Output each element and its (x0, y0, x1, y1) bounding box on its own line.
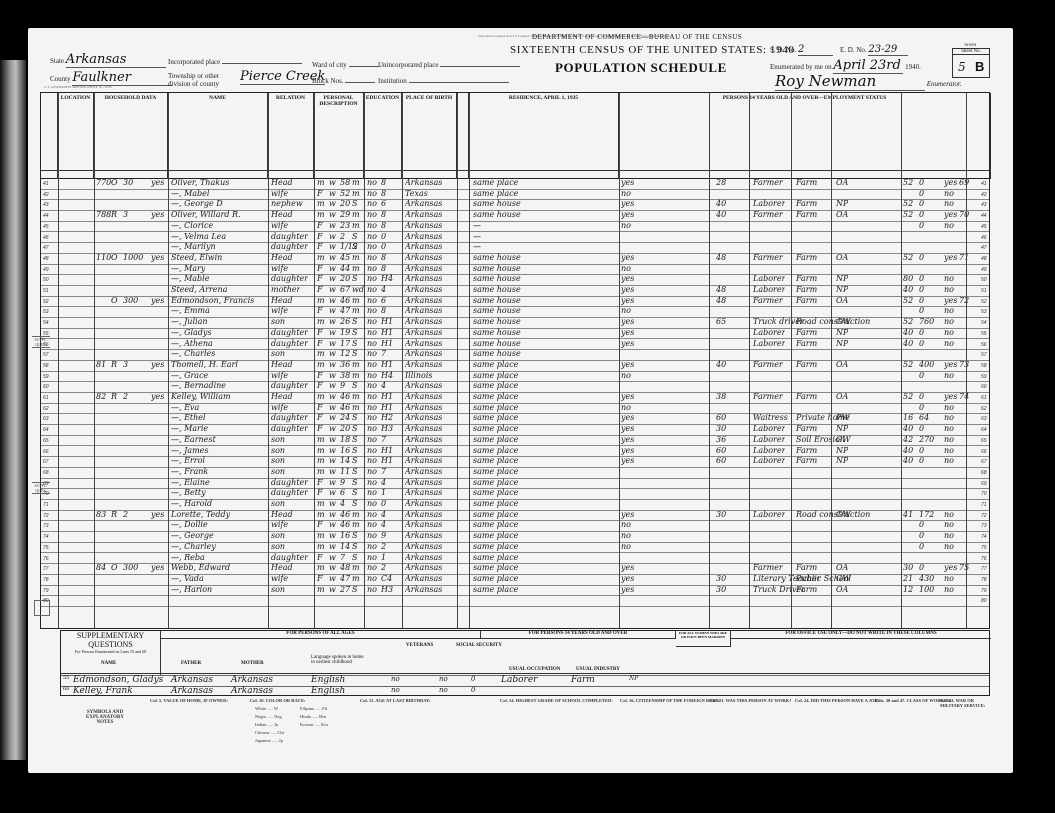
census-title: SIXTEENTH CENSUS OF THE UNITED STATES: 1… (510, 44, 794, 56)
cell-age: 16 (340, 531, 350, 540)
cell-birthplace: Texas (405, 189, 428, 198)
cell-school: no (367, 339, 377, 348)
cell-res: same place (473, 467, 518, 476)
cell-line-right: 58 (981, 363, 987, 369)
cell-industry: Farm (796, 178, 817, 187)
cell-relation: wife (271, 520, 288, 529)
cell-farm: yes (151, 563, 164, 572)
cell-class: NP (836, 456, 848, 465)
rule (94, 93, 95, 628)
cell-other: yes (944, 392, 957, 401)
block-field: Block Nos. (312, 74, 375, 85)
cell-line: 78 (43, 577, 49, 583)
cell-name: —, Velma Lea (171, 232, 226, 241)
cell-sex: m (317, 446, 325, 455)
cell-hours: 40 (716, 199, 726, 208)
cell-class: NP (836, 339, 848, 348)
rule (469, 93, 470, 628)
cell-res: same place (473, 424, 518, 433)
cell-line: 72 (43, 513, 49, 519)
cell-birthplace: Arkansas (405, 199, 442, 208)
cell-value: 2 (123, 392, 128, 401)
cell-relation: wife (271, 371, 288, 380)
cell-res: same place (473, 446, 518, 455)
cell-line: 60 (43, 384, 49, 390)
supp-veteran: no (391, 686, 400, 694)
cell-industry: Farm (796, 285, 817, 294)
supp-tongue: English (311, 686, 345, 696)
cell-school: no (367, 403, 377, 412)
cell-res: same place (473, 392, 518, 401)
rule (831, 93, 832, 628)
supp-usual-occ: Laborer (501, 675, 537, 685)
cell-industry: Farm (796, 563, 817, 572)
cell-res: same house (473, 317, 521, 326)
group-relation: RELATION (268, 93, 314, 179)
cell-weeks: 41 (903, 510, 913, 519)
cell-marital: S (352, 478, 357, 487)
cell-school: no (367, 349, 377, 358)
department-title: DEPARTMENT OF COMMERCE—BUREAU OF THE CEN… (532, 33, 742, 41)
cell-marital: m (352, 563, 360, 572)
cell-age: 47 (340, 306, 350, 315)
cell-race: w (329, 499, 336, 508)
cell-res: same house (473, 296, 521, 305)
cell-value: 30 (123, 178, 133, 187)
cell-weeks: 40 (903, 446, 913, 455)
cell-line-right: 54 (981, 320, 987, 326)
group-residence-1935: RESIDENCE, APRIL 1, 1935 (469, 93, 619, 179)
cell-birthplace: Illinois (405, 371, 432, 380)
cell-race: w (329, 456, 336, 465)
township-field: Township or other division of county (168, 72, 238, 88)
group-location: LOCATION (58, 93, 94, 179)
cell-sex: F (317, 274, 323, 283)
cell-age: 67 (340, 285, 350, 294)
cell-class: OA (836, 253, 848, 262)
cell-name: —, Ethel (171, 413, 206, 422)
rule (268, 93, 269, 628)
cell-income: 760 (919, 317, 934, 326)
cell-income: 0 (919, 178, 924, 187)
supp-ss: no (439, 675, 448, 683)
group-citizenship (457, 93, 469, 179)
cell-other: no (944, 456, 954, 465)
enumerated-year: 1940. (905, 63, 921, 71)
cell-line: 50 (43, 277, 49, 283)
section-office-use: FOR OFFICE USE ONLY—DO NOT WRITE IN THES… (731, 631, 991, 639)
cell-marital: m (352, 371, 360, 380)
cell-sex: m (317, 456, 325, 465)
cell-farm: yes (151, 360, 164, 369)
cell-name: —, Harold (171, 499, 212, 508)
cell-race: w (329, 542, 336, 551)
ed-value: 23-29 (868, 44, 908, 56)
cell-race: w (329, 339, 336, 348)
cell-grade: 8 (381, 210, 386, 219)
cell-relation: mother (271, 285, 300, 294)
cell-hours: 40 (716, 360, 726, 369)
cell-grade: H1 (381, 339, 393, 348)
cell-dwelling: 81 (96, 360, 106, 369)
cell-line: 53 (43, 309, 49, 315)
cell-work: no (621, 189, 631, 198)
cell-grade: H1 (381, 456, 393, 465)
cell-relation: wife (271, 403, 288, 412)
cell-occupation: Laborer (753, 446, 785, 455)
cell-age: 4 (340, 499, 345, 508)
institution-value (409, 74, 509, 83)
supp-father: Arkansas (171, 686, 213, 696)
cell-work: yes (621, 296, 634, 305)
sd-value: 2 (798, 44, 833, 56)
cell-grade: 8 (381, 264, 386, 273)
cell-class: OA (836, 210, 848, 219)
cell-school: no (367, 488, 377, 497)
cell-sex: m (317, 531, 325, 540)
cell-line: 64 (43, 427, 49, 433)
cell-name: —, Emma (171, 306, 210, 315)
cell-sex: F (317, 478, 323, 487)
cell-sex: m (317, 296, 325, 305)
cell-name: Steed, Elwin (171, 253, 222, 262)
cell-relation: son (271, 446, 285, 455)
cell-race: w (329, 253, 336, 262)
cell-res: same house (473, 264, 521, 273)
section-14-and-over: FOR PERSONS 14 YEARS OLD AND OVER (481, 631, 676, 639)
cell-race: w (329, 199, 336, 208)
cell-birthplace: Arkansas (405, 349, 442, 358)
cell-other: yes (944, 178, 957, 187)
cell-school: no (367, 189, 377, 198)
cell-race: w (329, 296, 336, 305)
cell-birthplace: Arkansas (405, 339, 442, 348)
cell-age: 16 (340, 446, 350, 455)
cell-line: 79 (43, 588, 49, 594)
cell-line-right: 41 (981, 181, 987, 187)
cell-name: —, Vada (171, 574, 204, 583)
cell-line-right: 46 (981, 235, 987, 241)
cell-farm: yes (151, 253, 164, 262)
cell-age: 46 (340, 296, 350, 305)
cell-sex: F (317, 328, 323, 337)
cell-farmno: 70 (959, 210, 969, 219)
cell-marital: m (352, 574, 360, 583)
cell-work: no (621, 264, 631, 273)
cell-sex: F (317, 381, 323, 390)
cell-line-right: 45 (981, 224, 987, 230)
cell-line-right: 68 (981, 470, 987, 476)
supp-row-68: 68 Kelley, Frank Arkansas Arkansas Engli… (61, 686, 989, 697)
cell-grade: H1 (381, 328, 393, 337)
cell-birthplace: Arkansas (405, 221, 442, 230)
cell-age: 58 (340, 178, 350, 187)
supp-line-no: 55 (63, 675, 69, 681)
cell-marital: m (352, 210, 360, 219)
cell-grade: H1 (381, 403, 393, 412)
cell-marital: S (352, 488, 357, 497)
cell-res: same place (473, 413, 518, 422)
cell-farmno: 72 (959, 296, 969, 305)
cell-school: no (367, 221, 377, 230)
cell-res: same house (473, 349, 521, 358)
cell-weeks: 40 (903, 456, 913, 465)
cell-other: yes (944, 210, 957, 219)
cell-occupation: Farmer (753, 178, 783, 187)
cell-sex: m (317, 360, 325, 369)
cell-farm: yes (151, 210, 164, 219)
cell-res: same place (473, 563, 518, 572)
supp-usual-ind-header: USUAL INDUSTRY (576, 667, 620, 672)
cell-birthplace: Arkansas (405, 435, 442, 444)
cell-res: same place (473, 381, 518, 390)
cell-marital: S (352, 456, 357, 465)
supp-tongue: English (311, 675, 345, 685)
cell-line: 74 (43, 534, 49, 540)
cell-dwelling: 84 (96, 563, 106, 572)
cell-sex: F (317, 403, 323, 412)
cell-res: same place (473, 435, 518, 444)
cell-line-right: 44 (981, 213, 987, 219)
cell-grade: 8 (381, 221, 386, 230)
race-code: Hindu ..... Hin (300, 714, 326, 719)
cell-farm: yes (151, 178, 164, 187)
cell-name: —, Mary (171, 264, 205, 273)
cell-relation: son (271, 435, 285, 444)
cell-line-right: 49 (981, 267, 987, 273)
race-code: Filipino ..... Fil (300, 706, 327, 711)
cell-school: no (367, 264, 377, 273)
cell-occupation: Laborer (753, 274, 785, 283)
cell-income: 0 (919, 371, 924, 380)
cell-income: 0 (919, 392, 924, 401)
cell-work: yes (621, 424, 634, 433)
cell-line-right: 57 (981, 352, 987, 358)
sheet-number-box: Sheet No. 5 B (952, 48, 990, 78)
cell-work: no (621, 542, 631, 551)
cell-grade: 7 (381, 467, 386, 476)
ed-label: E. D. No. (840, 46, 867, 54)
cell-grade: H1 (381, 360, 393, 369)
cell-class: NP (836, 424, 848, 433)
cell-race: w (329, 349, 336, 358)
supp-ss-value: 0 (471, 686, 475, 694)
cell-work: no (621, 306, 631, 315)
cell-line-right: 48 (981, 256, 987, 262)
cell-school: no (367, 392, 377, 401)
cell-relation: son (271, 531, 285, 540)
cell-industry: Farm (796, 446, 817, 455)
form-number: 16-6SA (964, 42, 976, 47)
cell-sex: m (317, 317, 325, 326)
cell-school: no (367, 232, 377, 241)
cell-birthplace: Arkansas (405, 510, 442, 519)
cell-work: yes (621, 413, 634, 422)
cell-sex: m (317, 349, 325, 358)
cell-school: no (367, 435, 377, 444)
cell-relation: Head (271, 178, 293, 187)
cell-line-right: 77 (981, 566, 987, 572)
cell-race: w (329, 317, 336, 326)
cell-race: w (329, 360, 336, 369)
cell-age: 18 (340, 435, 350, 444)
cell-sex: m (317, 210, 325, 219)
table-row: 79—, Harlonsonmw27SnoH3Arkansassame plac… (41, 586, 989, 597)
supp-ss-header: SOCIAL SECURITY (456, 643, 502, 648)
cell-school: no (367, 274, 377, 283)
cell-other: no (944, 199, 954, 208)
cell-name: Edmondson, Francis (171, 296, 254, 305)
cell-industry: Farm (796, 360, 817, 369)
cell-income: 0 (919, 520, 924, 529)
cell-class: OA (836, 296, 848, 305)
table-row: 8080 (41, 596, 989, 607)
cell-line-right: 62 (981, 406, 987, 412)
cell-marital: S (352, 446, 357, 455)
supp-mother-header: MOTHER (241, 661, 264, 666)
cell-race: w (329, 371, 336, 380)
cell-school: no (367, 520, 377, 529)
cell-work: yes (621, 339, 634, 348)
cell-value: 300 (123, 296, 138, 305)
cell-other: no (944, 542, 954, 551)
cell-own: O (111, 296, 118, 305)
cell-hours: 30 (716, 424, 726, 433)
cell-work: yes (621, 253, 634, 262)
cell-res: same place (473, 520, 518, 529)
cell-grade: 8 (381, 253, 386, 262)
supp-father-header: FATHER (181, 661, 201, 666)
cell-school: no (367, 199, 377, 208)
cell-value: 2 (123, 510, 128, 519)
cell-dwelling: 788 (96, 210, 111, 219)
enumerated-label: Enumerated by me on (770, 63, 832, 71)
cell-res: same place (473, 178, 518, 187)
cell-school: no (367, 553, 377, 562)
cell-sex: m (317, 253, 325, 262)
cell-res: — (473, 221, 481, 230)
cell-marital: m (352, 221, 360, 230)
cell-relation: wife (271, 574, 288, 583)
cell-sex: F (317, 424, 323, 433)
cell-school: no (367, 424, 377, 433)
cell-relation: nephew (271, 199, 303, 208)
cell-income: 0 (919, 221, 924, 230)
cell-line: 42 (43, 192, 49, 198)
cell-line: 52 (43, 299, 49, 305)
cell-race: w (329, 531, 336, 540)
cell-hours: 40 (716, 210, 726, 219)
cell-work: yes (621, 328, 634, 337)
cell-grade: H1 (381, 446, 393, 455)
cell-hours: 28 (716, 178, 726, 187)
farm-check-box[interactable] (34, 600, 50, 616)
col-line-no (41, 93, 58, 179)
cell-income: 0 (919, 542, 924, 551)
cell-birthplace: Arkansas (405, 542, 442, 551)
cell-marital: S (352, 199, 357, 208)
cell-hours: 30 (716, 574, 726, 583)
cell-school: no (367, 478, 377, 487)
cell-marital: S (352, 553, 357, 562)
cell-age: 2 (340, 232, 345, 241)
cell-income: 172 (919, 510, 934, 519)
cell-sex: F (317, 306, 323, 315)
note-col5: Col. 5. VALUE OF HOME, IF OWNED: (150, 698, 228, 703)
cell-school: no (367, 585, 377, 594)
cell-work: yes (621, 360, 634, 369)
cell-school: no (367, 328, 377, 337)
cell-line: 48 (43, 256, 49, 262)
supp-ss-value: 0 (471, 675, 475, 683)
cell-name: Oliver, Thakus (171, 178, 229, 187)
supplementary-marker-55: SUPPL. QUES. (32, 336, 50, 348)
cell-occupation: Waitress (753, 413, 788, 422)
cell-school: no (367, 242, 377, 251)
cell-relation: wife (271, 264, 288, 273)
enumerator-field: Roy Newman Enumerator. (775, 72, 962, 91)
note-col10: Col. 10. COLOR OR RACE: (250, 698, 306, 703)
cell-work: yes (621, 199, 634, 208)
cell-line: 68 (43, 470, 49, 476)
supp-usual-ind: Farm (571, 675, 595, 685)
cell-line: 75 (43, 545, 49, 551)
cell-relation: son (271, 456, 285, 465)
cell-birthplace: Arkansas (405, 178, 442, 187)
cell-birthplace: Arkansas (405, 210, 442, 219)
group-employment-status: PERSONS 14 YEARS OLD AND OVER—EMPLOYMENT… (619, 93, 991, 179)
cell-line: 76 (43, 556, 49, 562)
cell-grade: H4 (381, 371, 393, 380)
cell-income: 0 (919, 424, 924, 433)
cell-birthplace: Arkansas (405, 392, 442, 401)
cell-age: 29 (340, 210, 350, 219)
cell-res: same place (473, 542, 518, 551)
cell-grade: 1 (381, 488, 386, 497)
cell-income: 0 (919, 531, 924, 540)
cell-age: 23 (340, 221, 350, 230)
cell-marital: m (352, 178, 360, 187)
cell-line: 57 (43, 352, 49, 358)
cell-grade: 4 (381, 381, 386, 390)
cell-race: w (329, 232, 336, 241)
cell-grade: 7 (381, 435, 386, 444)
cell-class: OA (836, 585, 848, 594)
cell-line-right: 53 (981, 309, 987, 315)
cell-grade: 0 (381, 499, 386, 508)
cell-work: yes (621, 574, 634, 583)
cell-grade: H3 (381, 585, 393, 594)
cell-race: w (329, 221, 336, 230)
cell-age: 20 (340, 199, 350, 208)
cell-income: 0 (919, 285, 924, 294)
cell-work: yes (621, 563, 634, 572)
cell-res: same house (473, 253, 521, 262)
cell-line-right: 43 (981, 202, 987, 208)
cell-age: 48 (340, 563, 350, 572)
cell-school: no (367, 531, 377, 540)
cell-sex: m (317, 199, 325, 208)
cell-grade: H2 (381, 413, 393, 422)
cell-line-right: 73 (981, 523, 987, 529)
supp-class: NP (629, 675, 638, 682)
cell-occupation: Farmer (753, 563, 783, 572)
cell-own: O (111, 253, 118, 262)
cell-line: 54 (43, 320, 49, 326)
cell-birthplace: Arkansas (405, 478, 442, 487)
cell-weeks: 12 (903, 585, 913, 594)
cell-farmno: 69 (959, 178, 969, 187)
